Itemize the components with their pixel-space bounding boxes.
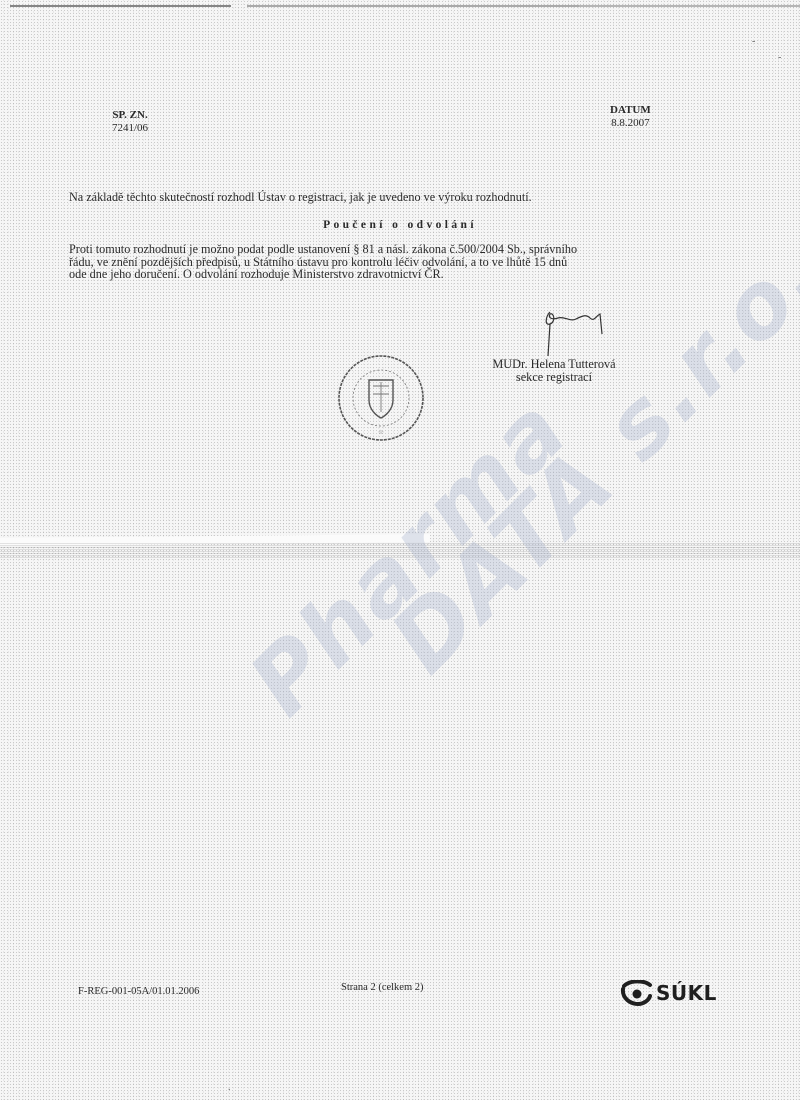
reference-value: 7241/06 bbox=[112, 122, 148, 135]
scan-top-edge bbox=[10, 5, 800, 7]
appeal-paragraph: Proti tomuto rozhodnutí je možno podat p… bbox=[69, 243, 729, 281]
date-value: 8.8.2007 bbox=[610, 117, 651, 130]
sukl-eye-logo-icon bbox=[620, 980, 652, 1006]
sukl-logo: SÚKL bbox=[620, 980, 717, 1006]
watermark-line-2: DATA s.r.o. bbox=[371, 221, 800, 693]
section-heading: Poučení o odvolání bbox=[0, 219, 800, 231]
scan-artifact-band bbox=[0, 542, 800, 558]
form-code: F-REG-001-05A/01.01.2006 bbox=[78, 986, 199, 997]
scan-dot-mark: . bbox=[228, 1082, 231, 1093]
appeal-line: ode dne jeho doručení. O odvolání rozhod… bbox=[69, 268, 729, 281]
date-block: DATUM 8.8.2007 bbox=[610, 104, 651, 130]
scanned-document-page: Pharma DATA s.r.o. SP. ZN. 7241/06 DATUM… bbox=[0, 0, 800, 1100]
reference-number-block: SP. ZN. 7241/06 bbox=[112, 109, 148, 135]
signatory-department: sekce registrací bbox=[454, 371, 654, 384]
reference-label: SP. ZN. bbox=[112, 109, 148, 122]
sukl-logo-text: SÚKL bbox=[656, 981, 717, 1005]
scan-corner-mark: - bbox=[778, 52, 781, 63]
official-round-stamp-icon: ☆ bbox=[335, 352, 427, 444]
page-indicator: Strana 2 (celkem 2) bbox=[341, 982, 424, 993]
signatory-block: MUDr. Helena Tutterová sekce registrací bbox=[454, 358, 654, 384]
decision-paragraph: Na základě těchto skutečností rozhodl Ús… bbox=[69, 191, 729, 204]
appeal-line: Proti tomuto rozhodnutí je možno podat p… bbox=[69, 243, 729, 256]
scan-corner-mark: - bbox=[752, 36, 755, 47]
svg-text:☆: ☆ bbox=[378, 429, 383, 436]
date-label: DATUM bbox=[610, 104, 651, 117]
handwritten-signature-icon bbox=[520, 304, 630, 364]
